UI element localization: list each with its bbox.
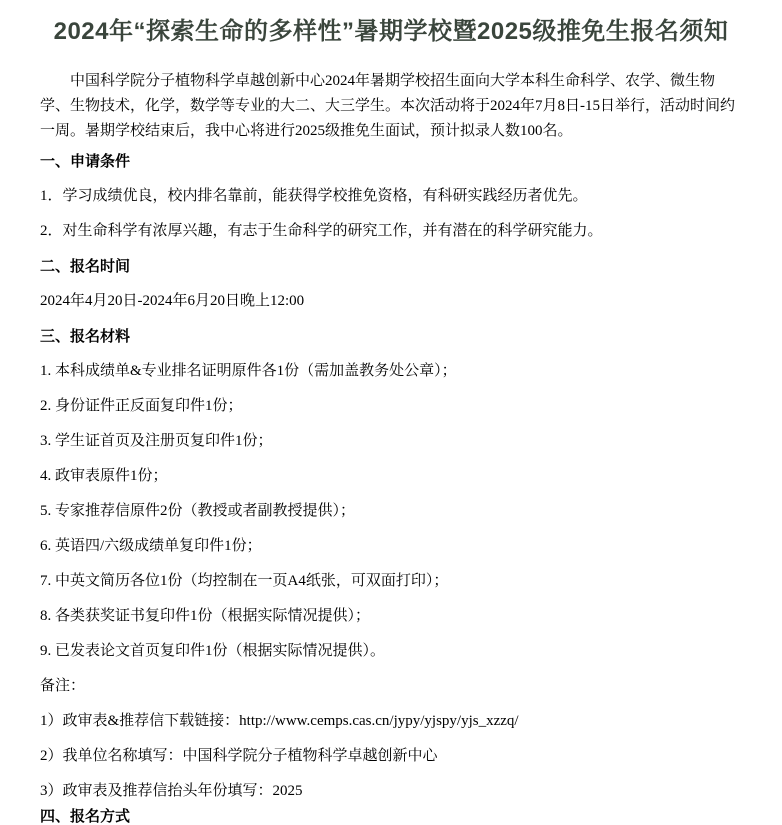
condition-item-2: 2．对生命科学有浓厚兴趣，有志于生命科学的研究工作，并有潜在的科学研究能力。: [40, 219, 742, 244]
intro-paragraph: 中国科学院分子植物科学卓越创新中心2024年暑期学校招生面向大学本科生命科学、农…: [40, 69, 742, 144]
material-item-3: 3. 学生证首页及注册页复印件1份；: [40, 429, 742, 454]
material-item-8: 8. 各类获奖证书复印件1份（根据实际情况提供）；: [40, 604, 742, 629]
page-title: 2024年“探索生命的多样性”暑期学校暨2025级推免生报名须知: [40, 16, 742, 47]
section-heading-registration-method-cutoff: 四、报名方式: [40, 804, 742, 825]
material-item-6: 6. 英语四/六级成绩单复印件1份；: [40, 534, 742, 559]
download-link[interactable]: http://www.cemps.cas.cn/jypy/yjspy/yjs_x…: [239, 713, 518, 729]
condition-item-1: 1．学习成绩优良，校内排名靠前，能获得学校推免资格，有科研实践经历者优先。: [40, 184, 742, 209]
section-heading-application-conditions: 一、申请条件: [40, 149, 742, 174]
note-item-1: 1）政审表&推荐信下载链接：http://www.cemps.cas.cn/jy…: [40, 709, 742, 734]
registration-time-range: 2024年4月20日-2024年6月20日晚上12:00: [40, 289, 742, 314]
material-item-5: 5. 专家推荐信原件2份（教授或者副教授提供）；: [40, 499, 742, 524]
note-item-1-text: 1）政审表&推荐信下载链接：: [40, 713, 239, 729]
section-heading-registration-time: 二、报名时间: [40, 254, 742, 279]
material-item-7: 7. 中英文简历各位1份（均控制在一页A4纸张，可双面打印）；: [40, 569, 742, 594]
note-item-3: 3）政审表及推荐信抬头年份填写：2025: [40, 779, 742, 804]
material-item-9: 9. 已发表论文首页复印件1份（根据实际情况提供）。: [40, 639, 742, 664]
section-heading-registration-materials: 三、报名材料: [40, 324, 742, 349]
material-item-2: 2. 身份证件正反面复印件1份；: [40, 394, 742, 419]
material-item-4: 4. 政审表原件1份；: [40, 464, 742, 489]
document-page: 2024年“探索生命的多样性”暑期学校暨2025级推免生报名须知 中国科学院分子…: [0, 0, 782, 825]
notes-label: 备注：: [40, 674, 742, 699]
note-item-2: 2）我单位名称填写：中国科学院分子植物科学卓越创新中心: [40, 744, 742, 769]
material-item-1: 1. 本科成绩单&专业排名证明原件各1份（需加盖教务处公章）；: [40, 359, 742, 384]
